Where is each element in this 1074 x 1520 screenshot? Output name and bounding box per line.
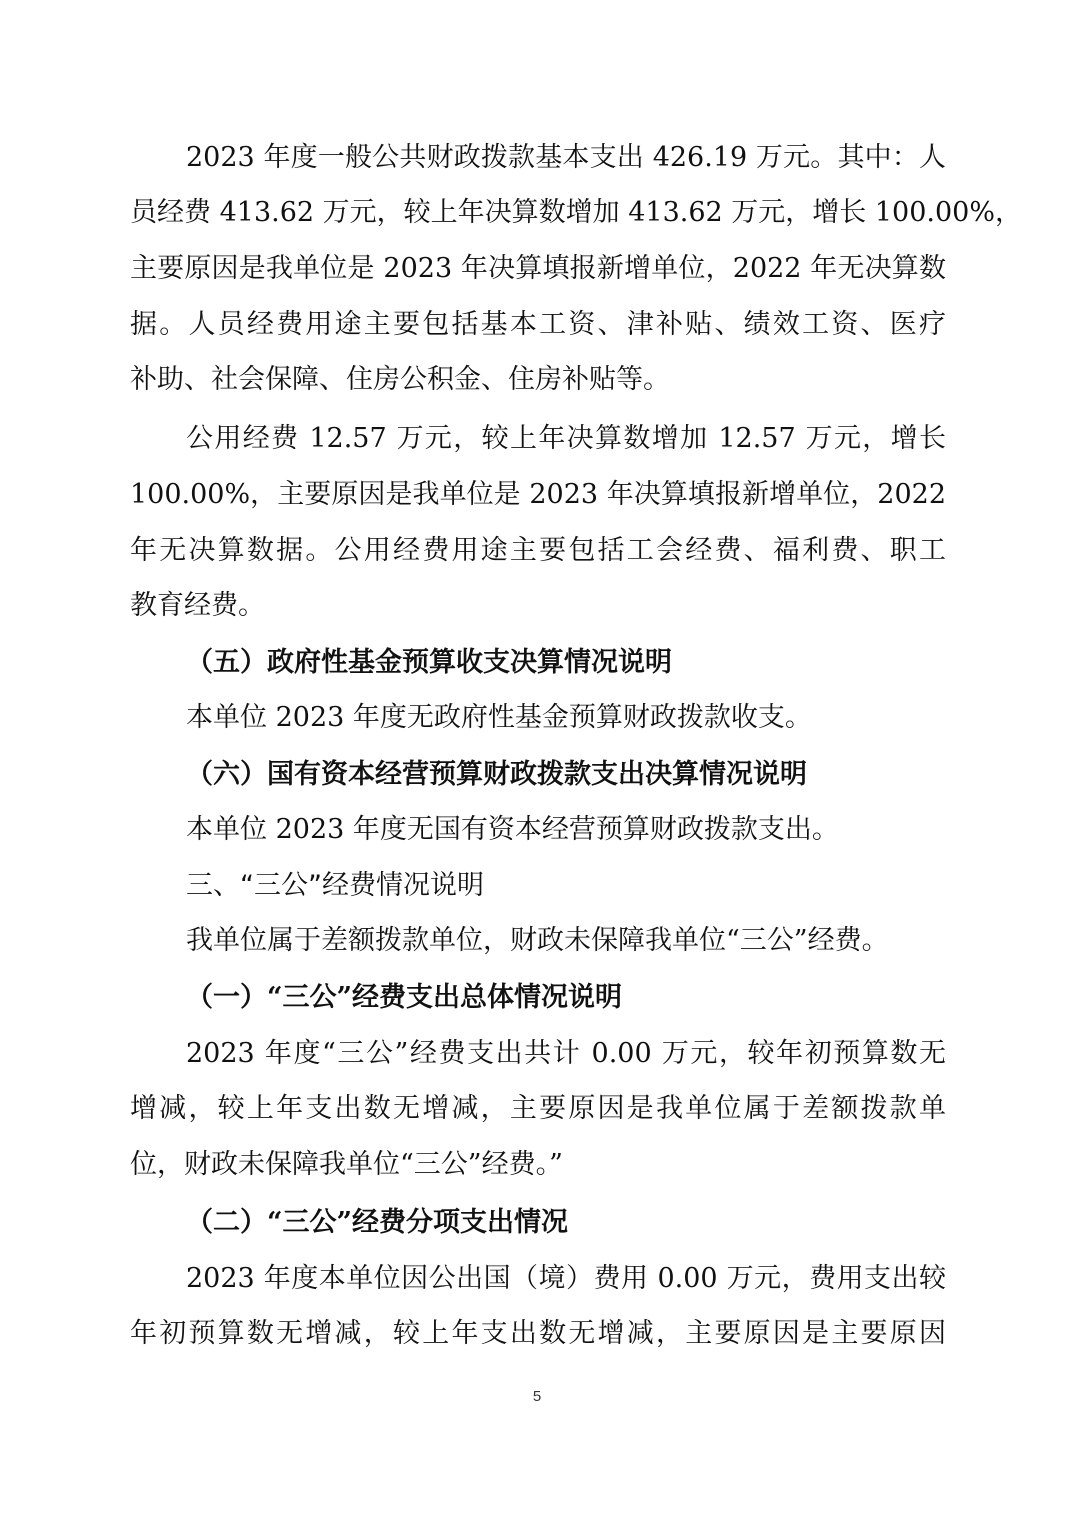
paragraph-line: 年初预算数无增减，较上年支出数无增减，主要原因是主要原因 bbox=[130, 1314, 946, 1354]
paragraph-line: 补助、社会保障、住房公积金、住房补贴等。 bbox=[130, 360, 946, 400]
paragraph-line: 主要原因是我单位是 2023 年决算填报新增单位，2022 年无决算数 bbox=[130, 249, 946, 289]
paragraph-line: 位，财政未保障我单位“三公”经费。” bbox=[130, 1145, 946, 1185]
paragraph-line: 我单位属于差额拨款单位，财政未保障我单位“三公”经费。 bbox=[186, 921, 946, 961]
paragraph-line: 本单位 2023 年度无政府性基金预算财政拨款收支。 bbox=[186, 698, 946, 738]
part-heading: 三、“三公”经费情况说明 bbox=[186, 866, 484, 906]
document-page: 2023 年度一般公共财政拨款基本支出 426.19 万元。其中：人 员经费 4… bbox=[0, 0, 1074, 1520]
paragraph-line: 2023 年度“三公”经费支出共计 0.00 万元，较年初预算数无 bbox=[186, 1034, 946, 1074]
paragraph-line: 年无决算数据。公用经费用途主要包括工会经费、福利费、职工 bbox=[130, 531, 946, 571]
paragraph-line: 员经费 413.62 万元，较上年决算数增加 413.62 万元，增长 100.… bbox=[130, 193, 946, 233]
paragraph-line: 2023 年度一般公共财政拨款基本支出 426.19 万元。其中：人 bbox=[186, 138, 946, 178]
paragraph-line: 本单位 2023 年度无国有资本经营预算财政拨款支出。 bbox=[186, 810, 946, 850]
section-heading: （五）政府性基金预算收支决算情况说明 bbox=[186, 643, 672, 683]
section-heading: （六）国有资本经营预算财政拨款支出决算情况说明 bbox=[186, 755, 807, 795]
paragraph-line: 据。人员经费用途主要包括基本工资、津补贴、绩效工资、医疗 bbox=[130, 305, 946, 345]
page-number: 5 bbox=[0, 1388, 1074, 1405]
paragraph-line: 教育经费。 bbox=[130, 586, 946, 626]
paragraph-line: 2023 年度本单位因公出国（境）费用 0.00 万元，费用支出较 bbox=[186, 1259, 946, 1299]
subsection-heading: （一）“三公”经费支出总体情况说明 bbox=[186, 978, 622, 1018]
paragraph-line: 100.00%，主要原因是我单位是 2023 年决算填报新增单位，2022 bbox=[130, 475, 946, 515]
subsection-heading: （二）“三公”经费分项支出情况 bbox=[186, 1203, 568, 1243]
paragraph-line: 增减，较上年支出数无增减，主要原因是我单位属于差额拨款单 bbox=[130, 1089, 946, 1129]
paragraph-line: 公用经费 12.57 万元，较上年决算数增加 12.57 万元，增长 bbox=[186, 419, 946, 459]
